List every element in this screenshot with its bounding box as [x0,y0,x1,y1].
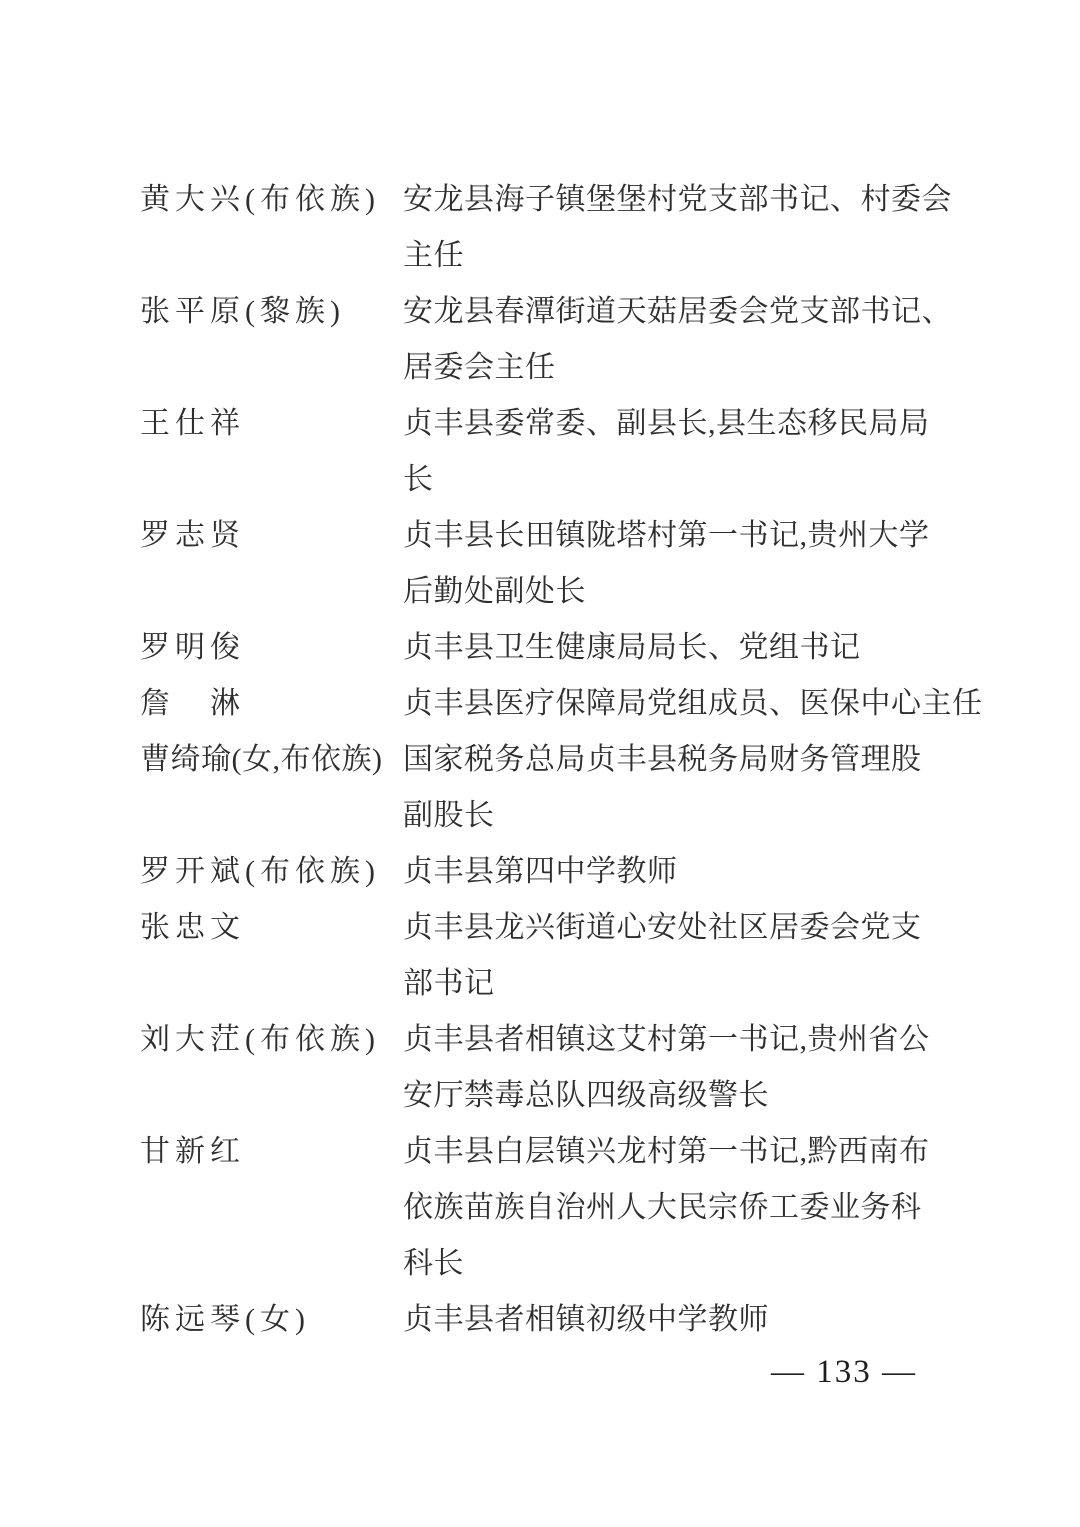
person-name: 罗明俊 [140,620,403,676]
list-item: 甘新红 贞丰县白层镇兴龙村第一书记,黔西南布依族苗族自治州人大民宗侨工委业务科科… [140,1124,980,1292]
document-page: 黄大兴(布依族) 安龙县海子镇堡堡村党支部书记、村委会主任 张平原(黎族) 安龙… [0,0,1080,1527]
position-line: 贞丰县白层镇兴龙村第一书记,黔西南布 [403,1124,980,1180]
position-line: 后勤处副处长 [403,564,980,620]
person-position: 安龙县海子镇堡堡村党支部书记、村委会主任 [403,172,980,284]
position-line: 国家税务总局贞丰县税务局财务管理股 [403,732,980,788]
person-name: 甘新红 [140,1124,403,1180]
person-name: 曹绮瑜(女,布依族) [140,732,403,788]
person-position: 贞丰县委常委、副县长,县生态移民局局长 [403,396,980,508]
position-line: 贞丰县卫生健康局局长、党组书记 [403,620,980,676]
position-line: 部书记 [403,956,980,1012]
person-name: 刘大茳(布依族) [140,1012,403,1068]
list-item: 王仕祥 贞丰县委常委、副县长,县生态移民局局长 [140,396,980,508]
position-line: 贞丰县龙兴街道心安处社区居委会党支 [403,900,980,956]
list-item: 刘大茳(布依族) 贞丰县者相镇这艾村第一书记,贵州省公安厅禁毒总队四级高级警长 [140,1012,980,1124]
person-position: 贞丰县者相镇初级中学教师 [403,1292,980,1348]
person-name: 张忠文 [140,900,403,956]
position-line: 居委会主任 [403,340,980,396]
person-position: 贞丰县第四中学教师 [403,844,980,900]
person-name: 罗志贤 [140,508,403,564]
honoree-list: 黄大兴(布依族) 安龙县海子镇堡堡村党支部书记、村委会主任 张平原(黎族) 安龙… [140,172,980,1348]
list-item: 张忠文 贞丰县龙兴街道心安处社区居委会党支部书记 [140,900,980,1012]
person-position: 贞丰县长田镇陇塔村第一书记,贵州大学后勤处副处长 [403,508,980,620]
position-line: 长 [403,452,980,508]
person-position: 贞丰县卫生健康局局长、党组书记 [403,620,980,676]
person-position: 贞丰县医疗保障局党组成员、医保中心主任 [403,676,980,732]
person-name: 张平原(黎族) [140,284,403,340]
person-position: 贞丰县龙兴街道心安处社区居委会党支部书记 [403,900,980,1012]
person-position: 贞丰县白层镇兴龙村第一书记,黔西南布依族苗族自治州人大民宗侨工委业务科科长 [403,1124,980,1292]
person-name: 詹 淋 [140,676,403,732]
person-position: 贞丰县者相镇这艾村第一书记,贵州省公安厅禁毒总队四级高级警长 [403,1012,980,1124]
position-line: 贞丰县者相镇初级中学教师 [403,1292,980,1348]
list-item: 张平原(黎族) 安龙县春潭街道天菇居委会党支部书记、居委会主任 [140,284,980,396]
list-item: 黄大兴(布依族) 安龙县海子镇堡堡村党支部书记、村委会主任 [140,172,980,284]
position-line: 贞丰县医疗保障局党组成员、医保中心主任 [403,676,980,732]
position-line: 科长 [403,1236,980,1292]
person-position: 安龙县春潭街道天菇居委会党支部书记、居委会主任 [403,284,980,396]
position-line: 安龙县海子镇堡堡村党支部书记、村委会 [403,172,980,228]
position-line: 贞丰县第四中学教师 [403,844,980,900]
list-item: 罗志贤 贞丰县长田镇陇塔村第一书记,贵州大学后勤处副处长 [140,508,980,620]
position-line: 贞丰县者相镇这艾村第一书记,贵州省公 [403,1012,980,1068]
list-item: 詹 淋 贞丰县医疗保障局党组成员、医保中心主任 [140,676,980,732]
person-position: 国家税务总局贞丰县税务局财务管理股副股长 [403,732,980,844]
person-name: 黄大兴(布依族) [140,172,403,228]
position-line: 依族苗族自治州人大民宗侨工委业务科 [403,1180,980,1236]
position-line: 贞丰县长田镇陇塔村第一书记,贵州大学 [403,508,980,564]
position-line: 安厅禁毒总队四级高级警长 [403,1068,980,1124]
person-name: 王仕祥 [140,396,403,452]
list-item: 罗明俊 贞丰县卫生健康局局长、党组书记 [140,620,980,676]
list-item: 罗开斌(布依族) 贞丰县第四中学教师 [140,844,980,900]
position-line: 副股长 [403,788,980,844]
list-item: 曹绮瑜(女,布依族) 国家税务总局贞丰县税务局财务管理股副股长 [140,732,980,844]
person-name: 罗开斌(布依族) [140,844,403,900]
position-line: 安龙县春潭街道天菇居委会党支部书记、 [403,284,980,340]
list-item: 陈远琴(女) 贞丰县者相镇初级中学教师 [140,1292,980,1348]
position-line: 主任 [403,228,980,284]
page-number: — 133 — [771,1352,917,1392]
position-line: 贞丰县委常委、副县长,县生态移民局局 [403,396,980,452]
person-name: 陈远琴(女) [140,1292,403,1348]
